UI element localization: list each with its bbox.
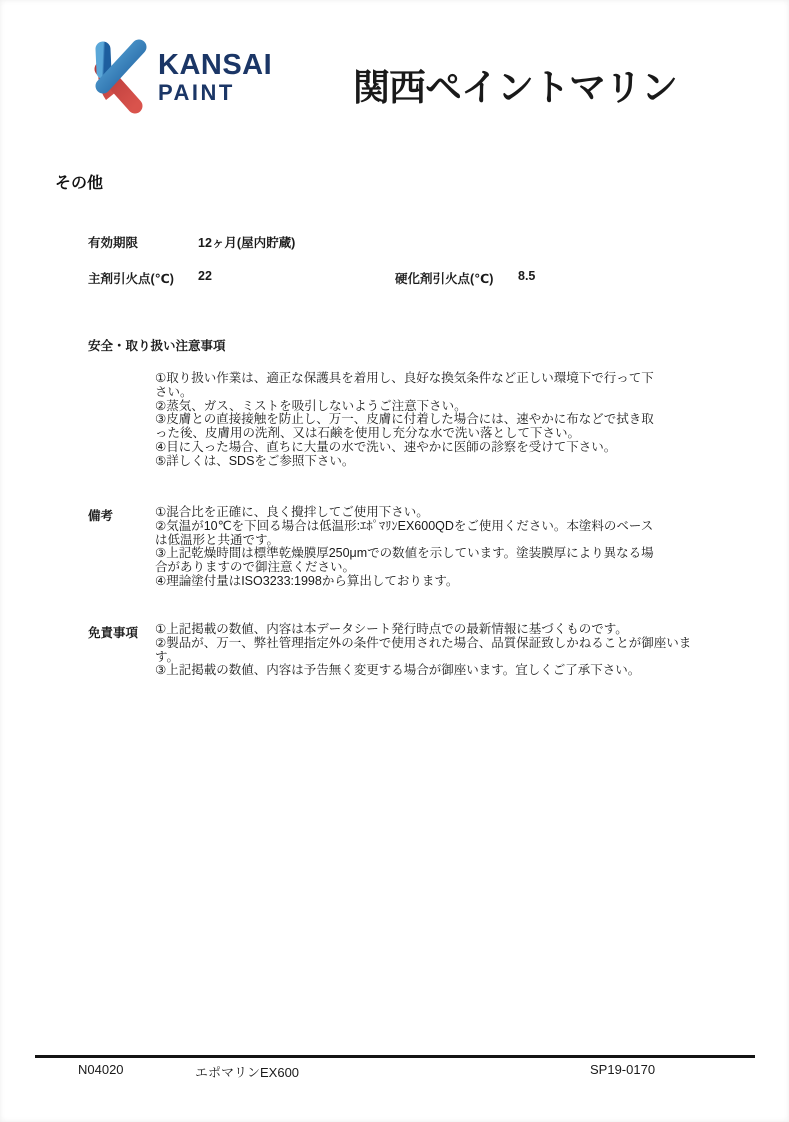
kansai-paint-wordmark: KANSAI PAINT	[158, 51, 272, 104]
kansai-k-logo-icon	[88, 38, 148, 116]
hardener-flash-point-label: 硬化剤引火点(℃)	[395, 269, 493, 287]
remarks-item-list: ①混合比を正確に、良く攪拌してご使用下さい。 ②気温が10℃を下回る場合は低温形…	[155, 506, 660, 589]
safety-item: ④目に入った場合、直ちに大量の水で洗い、速やかに医師の診察を受けて下さい。	[155, 441, 655, 455]
disclaimer-item: ①上記掲載の数値、内容は本データシート発行時点での最新情報に基づくものです。	[155, 623, 695, 637]
disclaimer-item: ③上記掲載の数値、内容は予告無く変更する場合が御座います。宜しくご了承下さい。	[155, 664, 695, 678]
section-title: その他	[55, 170, 103, 193]
base-flash-point-label: 主剤引火点(℃)	[88, 269, 174, 287]
safety-item: ⑤詳しくは、SDSをご参照下さい。	[155, 455, 655, 469]
remarks-item: ③上記乾燥時間は標準乾燥膜厚250μmでの数値を示しています。塗装膜厚により異な…	[155, 547, 660, 575]
remarks-item: ①混合比を正確に、良く攪拌してご使用下さい。	[155, 506, 660, 520]
safety-item: ③皮膚との直接接触を防止し、万一、皮膚に付着した場合には、速やかに布などで拭き取…	[155, 413, 655, 441]
footer-doc-number: SP19-0170	[590, 1062, 655, 1077]
disclaimer-section-label: 免責事項	[88, 623, 138, 641]
logo-brand-bottom: PAINT	[158, 82, 272, 104]
company-title: 関西ペイントマリン	[353, 57, 677, 111]
remarks-section-label: 備考	[88, 506, 113, 524]
footer-product-name: エポマリンEX600	[195, 1062, 299, 1081]
base-flash-point-value: 22	[198, 269, 212, 283]
hardener-flash-point-value: 8.5	[518, 269, 535, 283]
datasheet-page: KANSAI PAINT 関西ペイントマリン その他 有効期限 12ヶ月(屋内貯…	[0, 0, 789, 1122]
disclaimer-item: ②製品が、万一、弊社管理指定外の条件で使用された場合、品質保証致しかねることが御…	[155, 637, 695, 665]
footer-divider	[35, 1055, 755, 1058]
remarks-item: ④理論塗付量はISO3233:1998から算出しております。	[155, 575, 660, 589]
safety-item-list: ①取り扱い作業は、適正な保護具を着用し、良好な換気条件など正しい環境下で行って下…	[155, 372, 655, 469]
validity-value: 12ヶ月(屋内貯蔵)	[198, 233, 295, 251]
validity-label: 有効期限	[88, 233, 138, 251]
remarks-item: ②気温が10℃を下回る場合は低温形:ｴﾎﾟﾏﾘﾝEX600QDをご使用ください。…	[155, 520, 660, 548]
safety-item: ①取り扱い作業は、適正な保護具を着用し、良好な換気条件など正しい環境下で行って下…	[155, 372, 655, 400]
disclaimer-item-list: ①上記掲載の数値、内容は本データシート発行時点での最新情報に基づくものです。 ②…	[155, 623, 695, 678]
kansai-paint-logo: KANSAI PAINT	[88, 38, 272, 116]
safety-section-label: 安全・取り扱い注意事項	[88, 336, 226, 354]
footer-product-code: N04020	[78, 1062, 124, 1077]
logo-brand-top: KANSAI	[158, 51, 272, 80]
